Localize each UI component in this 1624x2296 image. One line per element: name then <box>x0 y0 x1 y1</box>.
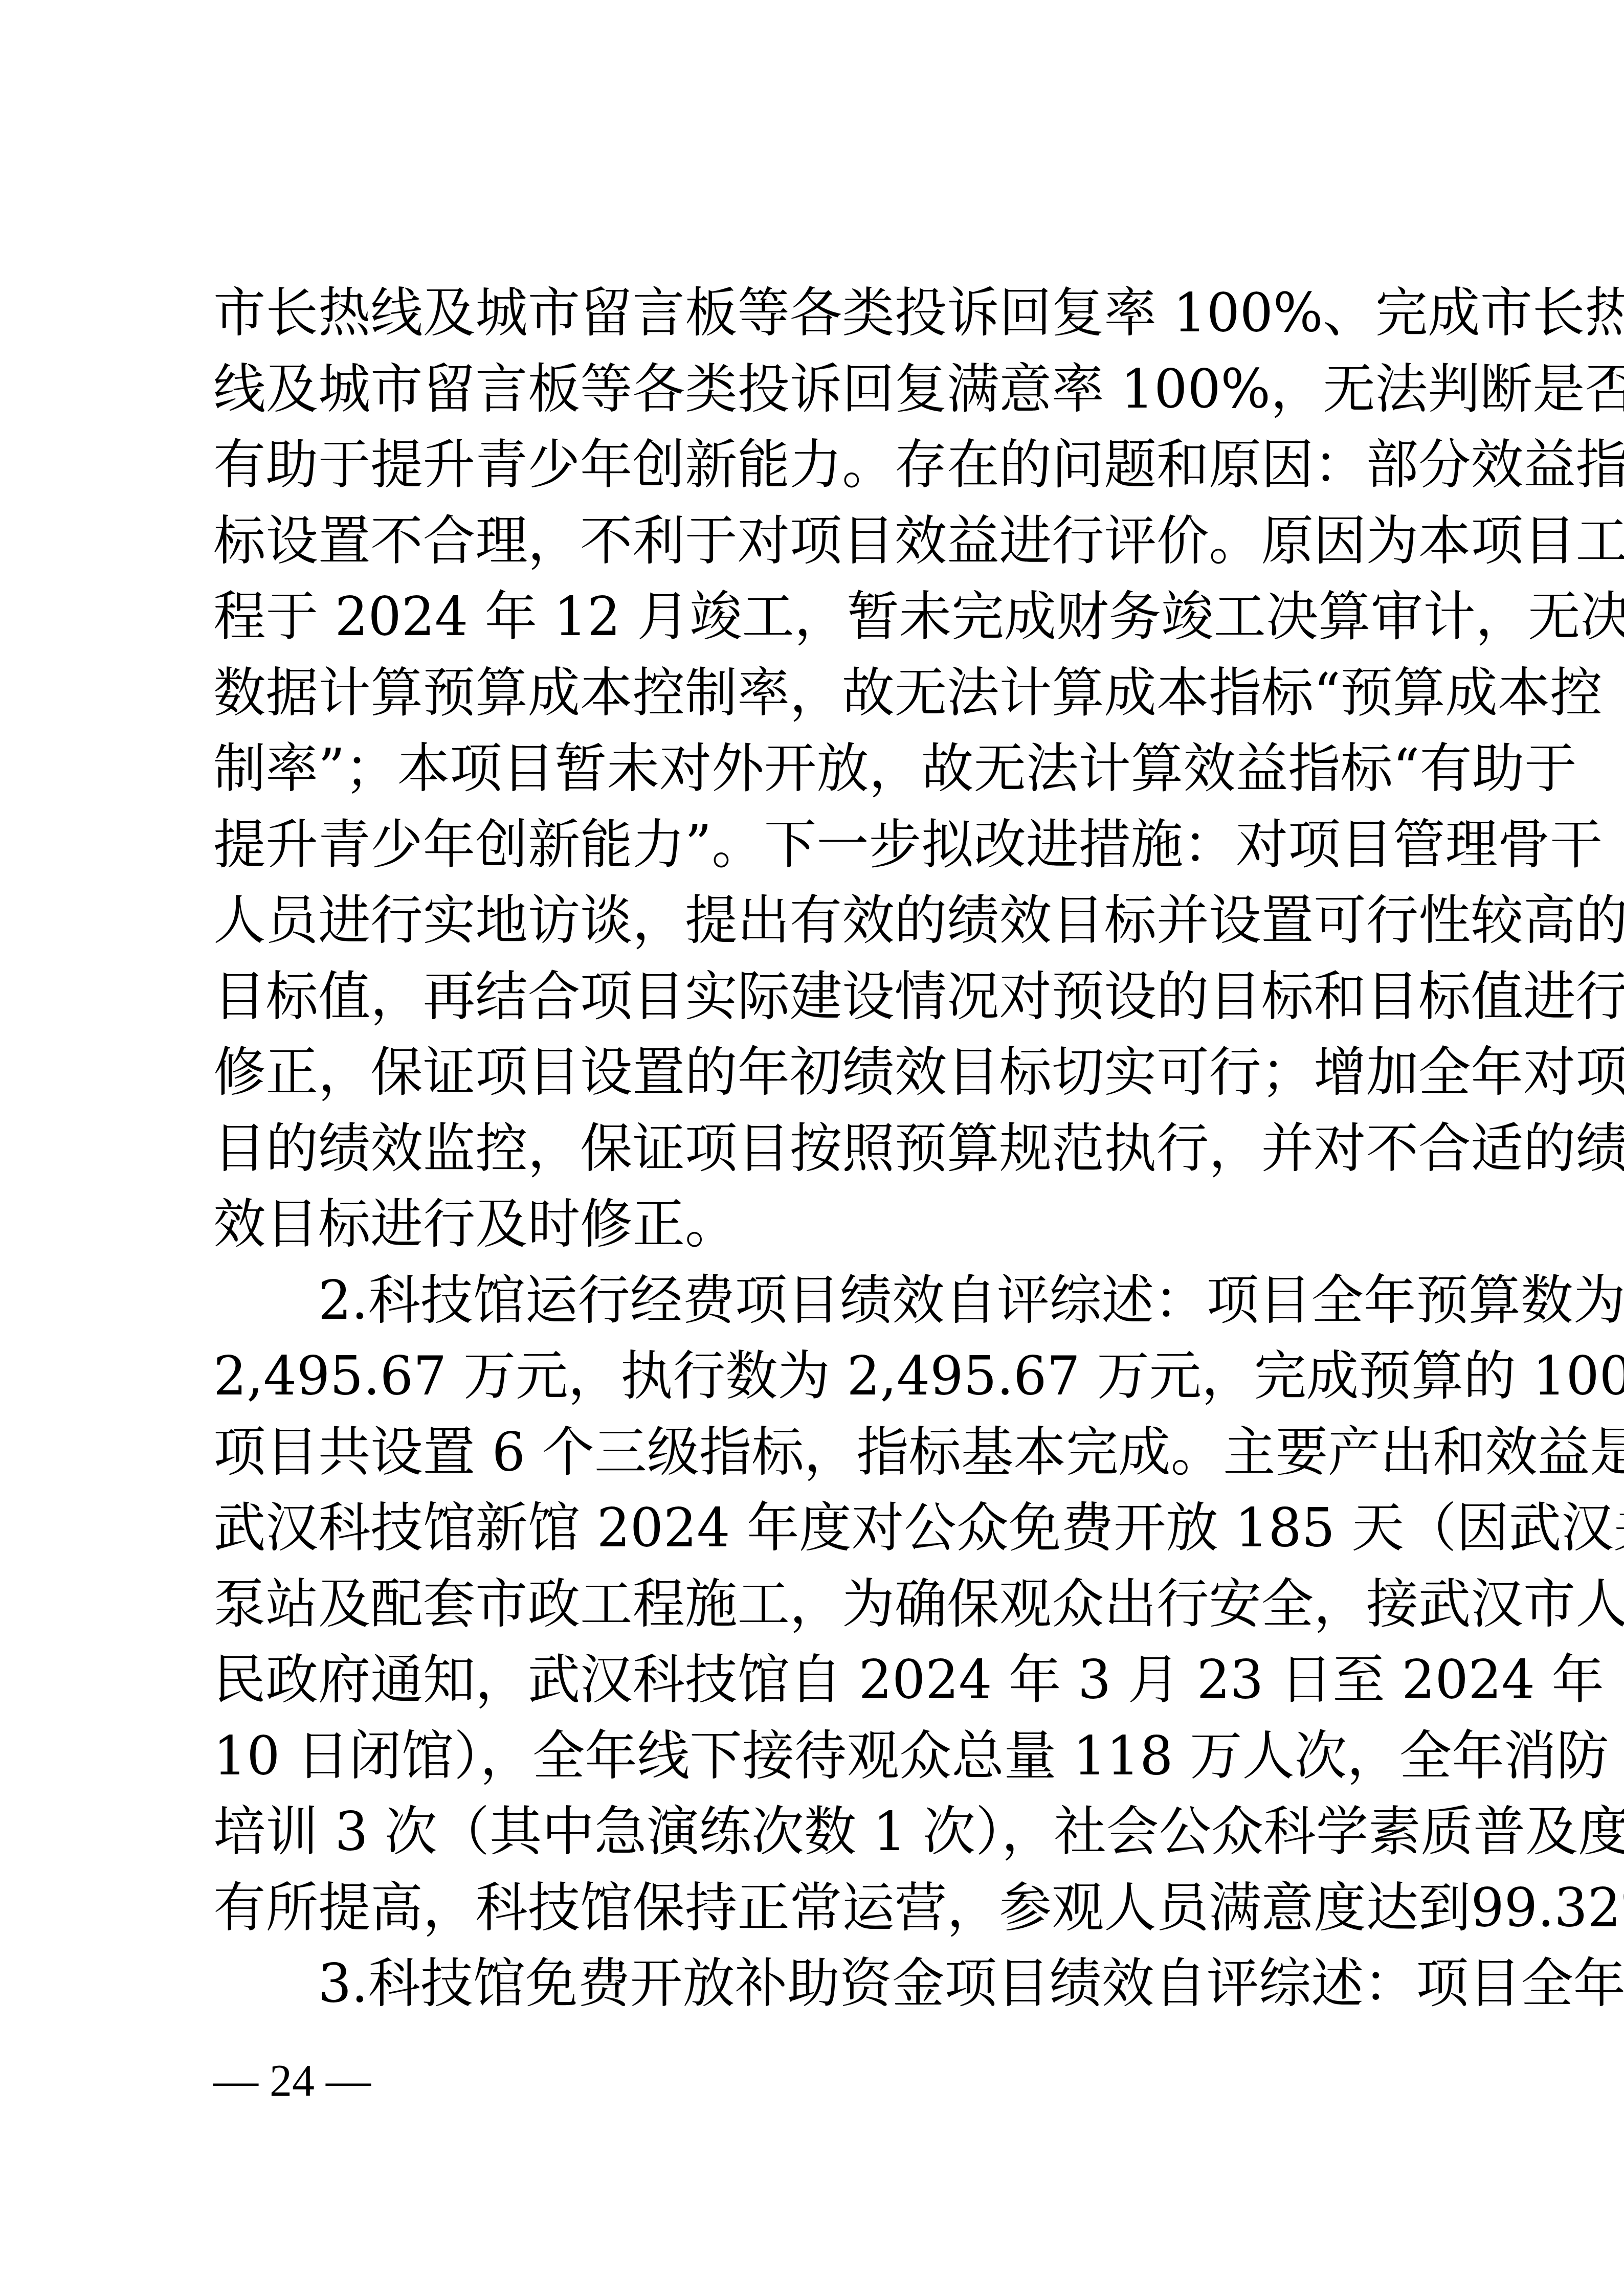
text-line: 民政府通知，武汉科技馆自 2024 年 3 月 23 日至 2024 年 7 月 <box>213 1642 1408 1718</box>
text-line: 目的绩效监控，保证项目按照预算规范执行，并对不合适的绩 <box>213 1111 1408 1187</box>
text-line: 市长热线及城市留言板等各类投诉回复率 100%、完成市长热 <box>213 275 1408 351</box>
text-line: 培训 3 次（其中急演练次数 1 次），社会公众科学素质普及度 <box>213 1794 1408 1870</box>
section-2-heading-line: 2.科技馆运行经费项目绩效自评综述：项目全年预算数为 <box>213 1263 1408 1339</box>
text-line: 10 日闭馆），全年线下接待观众总量 118 万人次，全年消防 <box>213 1718 1408 1794</box>
text-line: 人员进行实地访谈，提出有效的绩效目标并设置可行性较高的 <box>213 883 1408 959</box>
text-line: 提升青少年创新能力”。下一步拟改进措施：对项目管理骨干 <box>213 807 1408 883</box>
text-line: 数据计算预算成本控制率，故无法计算成本指标“预算成本控 <box>213 655 1408 731</box>
text-line: 泵站及配套市政工程施工，为确保观众出行安全，接武汉市人 <box>213 1566 1408 1642</box>
document-page: 市长热线及城市留言板等各类投诉回复率 100%、完成市长热 线及城市留言板等各类… <box>0 0 1624 2296</box>
section-3-heading-line: 3.科技馆免费开放补助资金项目绩效自评综述：项目全年 <box>213 1946 1408 2022</box>
text-line: 修正，保证项目设置的年初绩效目标切实可行；增加全年对项 <box>213 1034 1408 1111</box>
text-line: 标设置不合理，不利于对项目效益进行评价。原因为本项目工 <box>213 503 1408 579</box>
text-line: 项目共设置 6 个三级指标，指标基本完成。主要产出和效益是： <box>213 1414 1408 1491</box>
text-line: 武汉科技馆新馆 2024 年度对公众免费开放 185 天（因武汉关 <box>213 1490 1408 1566</box>
body-text: 市长热线及城市留言板等各类投诉回复率 100%、完成市长热 线及城市留言板等各类… <box>213 275 1427 2022</box>
text-line: 制率”；本项目暂未对外开放，故无法计算效益指标“有助于 <box>213 731 1408 807</box>
text-line: 2,495.67 万元，执行数为 2,495.67 万元，完成预算的 100%。 <box>213 1338 1408 1414</box>
text-line: 有助于提升青少年创新能力。存在的问题和原因：部分效益指 <box>213 427 1408 503</box>
page-number: — 24 — <box>213 2056 371 2107</box>
text-line: 有所提高，科技馆保持正常运营，参观人员满意度达到99.32%。 <box>213 1870 1408 1946</box>
text-line: 程于 2024 年 12 月竣工，暂未完成财务竣工决算审计，无决算 <box>213 579 1408 655</box>
text-line: 线及城市留言板等各类投诉回复满意率 100%，无法判断是否 <box>213 351 1408 427</box>
text-line: 目标值，再结合项目实际建设情况对预设的目标和目标值进行 <box>213 959 1408 1035</box>
text-line-paragraph-end: 效目标进行及时修正。 <box>213 1186 1408 1263</box>
